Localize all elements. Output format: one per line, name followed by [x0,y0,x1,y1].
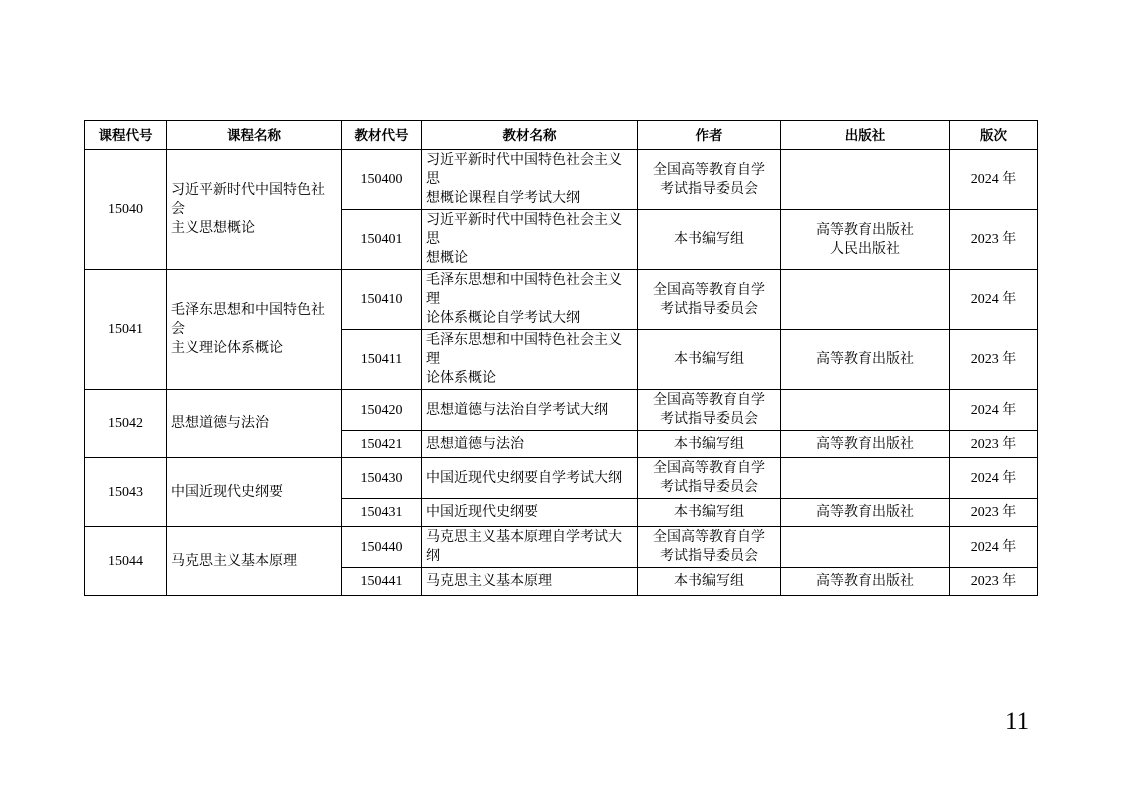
table-row: 15040 习近平新时代中国特色社会 主义思想概论 150400 习近平新时代中… [85,150,1038,210]
col-header-book-name: 教材名称 [422,121,638,150]
author-cell: 全国高等教育自学 考试指导委员会 [638,390,781,431]
col-header-book-code: 教材代号 [342,121,422,150]
author-cell: 本书编写组 [638,431,781,458]
publisher-cell: 高等教育出版社 人民出版社 [781,210,950,270]
page-number: 11 [1005,709,1029,735]
book-code-cell: 150421 [342,431,422,458]
publisher-cell [781,270,950,330]
col-header-author: 作者 [638,121,781,150]
edition-cell: 2023 年 [950,568,1038,596]
edition-cell: 2023 年 [950,499,1038,527]
publisher-cell: 高等教育出版社 [781,330,950,390]
book-name-cell: 马克思主义基本原理自学考试大纲 [422,527,638,568]
edition-cell: 2024 年 [950,150,1038,210]
document-page: 课程代号 课程名称 教材代号 教材名称 作者 出版社 版次 15040 习近平新… [0,0,1122,793]
course-name-cell: 毛泽东思想和中国特色社会 主义理论体系概论 [167,270,342,390]
book-code-cell: 150411 [342,330,422,390]
book-code-cell: 150440 [342,527,422,568]
book-name-cell: 毛泽东思想和中国特色社会主义理 论体系概论 [422,330,638,390]
col-header-publisher: 出版社 [781,121,950,150]
table-row: 15044 马克思主义基本原理 150440 马克思主义基本原理自学考试大纲 全… [85,527,1038,568]
author-cell: 全国高等教育自学 考试指导委员会 [638,270,781,330]
book-name-cell: 思想道德与法治 [422,431,638,458]
author-cell: 本书编写组 [638,568,781,596]
book-name-cell: 毛泽东思想和中国特色社会主义理 论体系概论自学考试大纲 [422,270,638,330]
edition-cell: 2024 年 [950,527,1038,568]
edition-cell: 2024 年 [950,390,1038,431]
book-code-cell: 150400 [342,150,422,210]
course-code-cell: 15041 [85,270,167,390]
course-code-cell: 15043 [85,458,167,527]
book-name-cell: 习近平新时代中国特色社会主义思 想概论课程自学考试大纲 [422,150,638,210]
book-code-cell: 150431 [342,499,422,527]
table-row: 15042 思想道德与法治 150420 思想道德与法治自学考试大纲 全国高等教… [85,390,1038,431]
book-name-cell: 中国近现代史纲要 [422,499,638,527]
table-header-row: 课程代号 课程名称 教材代号 教材名称 作者 出版社 版次 [85,121,1038,150]
book-name-cell: 思想道德与法治自学考试大纲 [422,390,638,431]
course-code-cell: 15042 [85,390,167,458]
author-cell: 全国高等教育自学 考试指导委员会 [638,458,781,499]
course-name-cell: 马克思主义基本原理 [167,527,342,596]
book-code-cell: 150420 [342,390,422,431]
author-cell: 本书编写组 [638,210,781,270]
edition-cell: 2024 年 [950,458,1038,499]
book-code-cell: 150410 [342,270,422,330]
edition-cell: 2023 年 [950,210,1038,270]
author-cell: 全国高等教育自学 考试指导委员会 [638,150,781,210]
book-name-cell: 习近平新时代中国特色社会主义思 想概论 [422,210,638,270]
course-name-cell: 习近平新时代中国特色社会 主义思想概论 [167,150,342,270]
author-cell: 本书编写组 [638,499,781,527]
book-code-cell: 150441 [342,568,422,596]
publisher-cell [781,150,950,210]
publisher-cell [781,527,950,568]
course-textbook-table: 课程代号 课程名称 教材代号 教材名称 作者 出版社 版次 15040 习近平新… [84,120,1038,596]
edition-cell: 2024 年 [950,270,1038,330]
book-name-cell: 马克思主义基本原理 [422,568,638,596]
publisher-cell [781,458,950,499]
book-code-cell: 150430 [342,458,422,499]
col-header-course-name: 课程名称 [167,121,342,150]
author-cell: 全国高等教育自学 考试指导委员会 [638,527,781,568]
edition-cell: 2023 年 [950,431,1038,458]
book-name-cell: 中国近现代史纲要自学考试大纲 [422,458,638,499]
col-header-course-code: 课程代号 [85,121,167,150]
table-row: 15043 中国近现代史纲要 150430 中国近现代史纲要自学考试大纲 全国高… [85,458,1038,499]
publisher-cell [781,390,950,431]
publisher-cell: 高等教育出版社 [781,431,950,458]
course-code-cell: 15040 [85,150,167,270]
course-name-cell: 中国近现代史纲要 [167,458,342,527]
table-row: 15041 毛泽东思想和中国特色社会 主义理论体系概论 150410 毛泽东思想… [85,270,1038,330]
edition-cell: 2023 年 [950,330,1038,390]
col-header-edition: 版次 [950,121,1038,150]
author-cell: 本书编写组 [638,330,781,390]
publisher-cell: 高等教育出版社 [781,499,950,527]
publisher-cell: 高等教育出版社 [781,568,950,596]
course-code-cell: 15044 [85,527,167,596]
course-name-cell: 思想道德与法治 [167,390,342,458]
book-code-cell: 150401 [342,210,422,270]
